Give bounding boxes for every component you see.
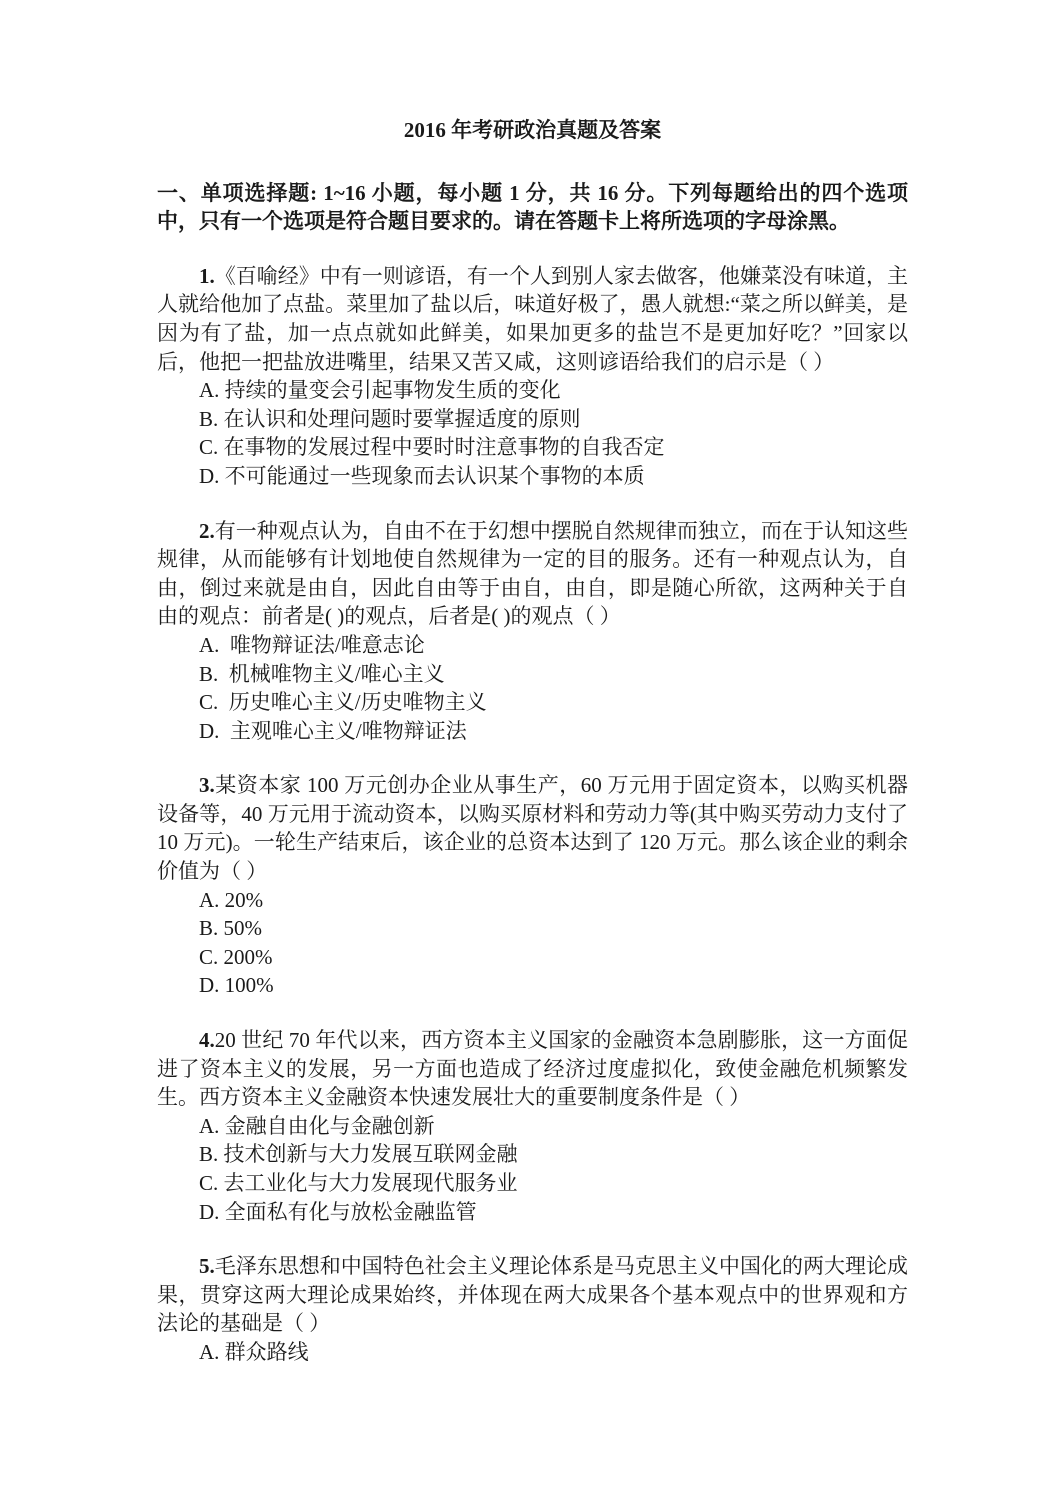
question-5-stem: 5.毛泽东思想和中国特色社会主义理论体系是马克思主义中国化的两大理论成果，贯穿这…: [157, 1252, 908, 1338]
exam-document-page: 2016 年考研政治真题及答案 一、单项选择题: 1~16 小题，每小题 1 分…: [0, 0, 1058, 1497]
question-block-3: 3.某资本家 100 万元创办企业从事生产，60 万元用于固定资本，以购买机器设…: [157, 771, 908, 1000]
question-2-stem: 2.有一种观点认为，自由不在于幻想中摆脱自然规律而独立，而在于认知这些规律，从而…: [157, 517, 908, 631]
question-4-text: 20 世纪 70 年代以来，西方资本主义国家的金融资本急剧膨胀，这一方面促进了资…: [157, 1028, 908, 1109]
question-2-text: 有一种观点认为，自由不在于幻想中摆脱自然规律而独立，而在于认知这些规律，从而能够…: [157, 519, 908, 629]
question-3-number: 3.: [199, 773, 215, 797]
question-1-text: 《百喻经》中有一则谚语，有一个人到别人家去做客，他嫌菜没有味道，主人就给他加了点…: [157, 264, 908, 374]
question-2-option-c: C. 历史唯心主义/历史唯物主义: [157, 688, 908, 717]
question-5-option-a: A. 群众路线: [157, 1338, 908, 1367]
question-4-option-b: B. 技术创新与大力发展互联网金融: [157, 1140, 908, 1169]
question-5-text: 毛泽东思想和中国特色社会主义理论体系是马克思主义中国化的两大理论成果，贯穿这两大…: [157, 1254, 908, 1335]
question-4-option-c: C. 去工业化与大力发展现代服务业: [157, 1169, 908, 1198]
question-4-option-a: A. 金融自由化与金融创新: [157, 1112, 908, 1141]
question-3-option-d: D. 100%: [157, 971, 908, 1000]
question-block-5: 5.毛泽东思想和中国特色社会主义理论体系是马克思主义中国化的两大理论成果，贯穿这…: [157, 1252, 908, 1366]
question-3-stem: 3.某资本家 100 万元创办企业从事生产，60 万元用于固定资本，以购买机器设…: [157, 771, 908, 885]
question-2-option-b: B. 机械唯物主义/唯心主义: [157, 660, 908, 689]
question-block-1: 1.《百喻经》中有一则谚语，有一个人到别人家去做客，他嫌菜没有味道，主人就给他加…: [157, 262, 908, 491]
question-block-4: 4.20 世纪 70 年代以来，西方资本主义国家的金融资本急剧膨胀，这一方面促进…: [157, 1026, 908, 1226]
document-title: 2016 年考研政治真题及答案: [157, 116, 908, 145]
question-5-number: 5.: [199, 1254, 215, 1278]
question-1-number: 1.: [199, 264, 215, 288]
section-instructions: 一、单项选择题: 1~16 小题，每小题 1 分，共 16 分。下列每题给出的四…: [157, 179, 908, 236]
question-1-option-d: D. 不可能通过一些现象而去认识某个事物的本质: [157, 462, 908, 491]
question-3-text: 某资本家 100 万元创办企业从事生产，60 万元用于固定资本，以购买机器设备等…: [157, 773, 908, 883]
question-4-option-d: D. 全面私有化与放松金融监管: [157, 1198, 908, 1227]
question-3-option-c: C. 200%: [157, 943, 908, 972]
question-3-option-b: B. 50%: [157, 914, 908, 943]
question-4-stem: 4.20 世纪 70 年代以来，西方资本主义国家的金融资本急剧膨胀，这一方面促进…: [157, 1026, 908, 1112]
question-1-option-a: A. 持续的量变会引起事物发生质的变化: [157, 376, 908, 405]
question-2-option-a: A. 唯物辩证法/唯意志论: [157, 631, 908, 660]
question-2-number: 2.: [199, 519, 215, 543]
question-1-option-b: B. 在认识和处理问题时要掌握适度的原则: [157, 405, 908, 434]
question-2-option-d: D. 主观唯心主义/唯物辩证法: [157, 717, 908, 746]
question-1-option-c: C. 在事物的发展过程中要时时注意事物的自我否定: [157, 433, 908, 462]
question-block-2: 2.有一种观点认为，自由不在于幻想中摆脱自然规律而独立，而在于认知这些规律，从而…: [157, 517, 908, 746]
question-4-number: 4.: [199, 1028, 215, 1052]
question-1-stem: 1.《百喻经》中有一则谚语，有一个人到别人家去做客，他嫌菜没有味道，主人就给他加…: [157, 262, 908, 376]
question-3-option-a: A. 20%: [157, 886, 908, 915]
